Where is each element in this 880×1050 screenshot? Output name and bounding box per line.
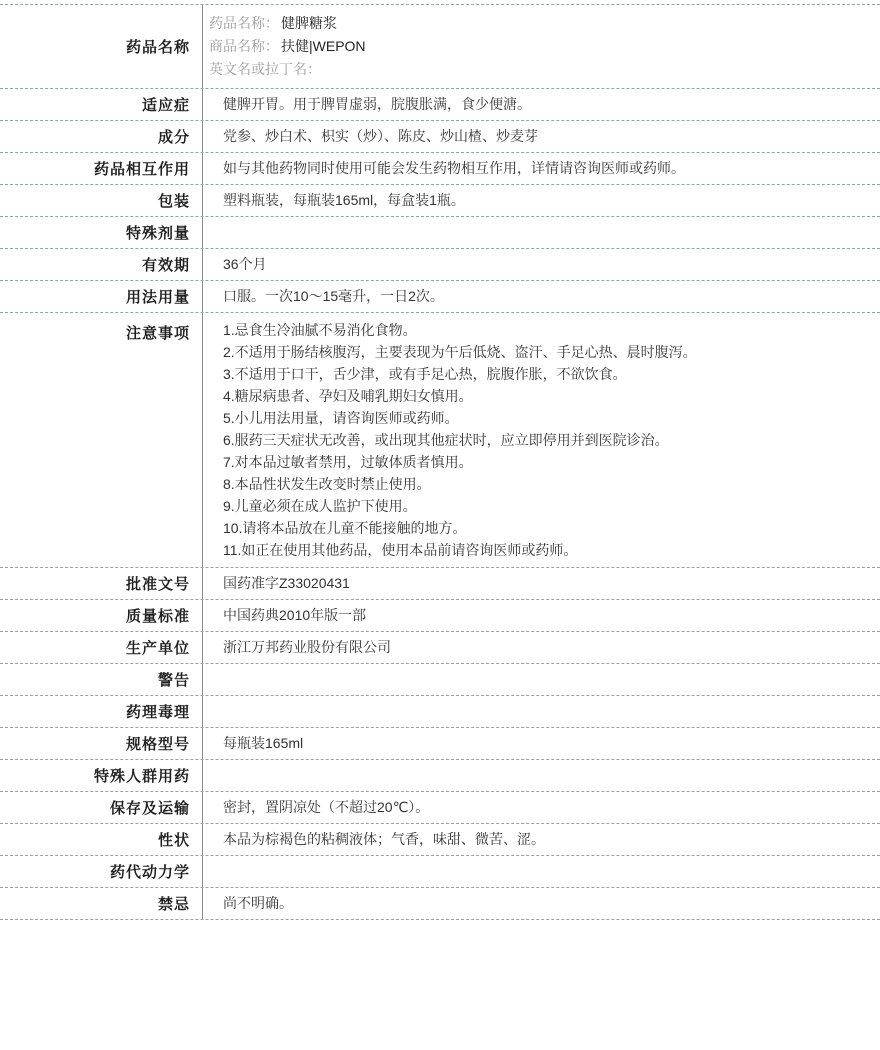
table-row-usage-dosage: 用法用量 口服。一次10～15毫升，一日2次。	[0, 281, 880, 313]
table-row-special-dosage: 特殊剂量	[0, 217, 880, 249]
table-row-packaging: 包装 塑料瓶装，每瓶装165ml，每盒装1瓶。	[0, 185, 880, 217]
table-row-specification: 规格型号 每瓶装165ml	[0, 728, 880, 760]
row-content: 国药准字Z33020431	[202, 568, 880, 599]
table-row-indications: 适应症 健脾开胃。用于脾胃虚弱，脘腹胀满，食少便溏。	[0, 89, 880, 121]
table-row-ingredients: 成分 党参、炒白术、枳实（炒）、陈皮、炒山楂、炒麦芽	[0, 121, 880, 153]
table-row-warning: 警告	[0, 664, 880, 696]
precaution-line: 5.小儿用法用量，请咨询医师或药师。	[223, 407, 868, 429]
row-label: 特殊人群用药	[0, 760, 202, 791]
precaution-line: 1.忌食生冷油腻不易消化食物。	[223, 319, 868, 341]
row-content: 密封，置阴凉处（不超过20℃）。	[202, 792, 880, 823]
trade-name-line: 商品名称：扶健|WEPON	[209, 35, 366, 58]
row-label: 警告	[0, 664, 202, 695]
precaution-line: 4.糖尿病患者、孕妇及哺乳期妇女慎用。	[223, 385, 868, 407]
row-label: 药代动力学	[0, 856, 202, 887]
row-label: 药品名称	[0, 5, 202, 88]
row-label: 药品相互作用	[0, 153, 202, 184]
table-row-special-populations: 特殊人群用药	[0, 760, 880, 792]
row-content	[202, 856, 880, 887]
row-content: 口服。一次10～15毫升，一日2次。	[202, 281, 880, 312]
row-content: 党参、炒白术、枳实（炒）、陈皮、炒山楂、炒麦芽	[202, 121, 880, 152]
row-label: 性状	[0, 824, 202, 855]
drug-info-table: 药品名称 药品名称：健脾糖浆 商品名称：扶健|WEPON 英文名或拉丁名： 适应…	[0, 4, 880, 920]
table-row-description: 性状 本品为棕褐色的粘稠液体；气香，味甜、微苦、涩。	[0, 824, 880, 856]
field-value: 扶健|WEPON	[281, 38, 366, 54]
precaution-line: 8.本品性状发生改变时禁止使用。	[223, 473, 868, 495]
row-content: 尚不明确。	[202, 888, 880, 919]
table-row-manufacturer: 生产单位 浙江万邦药业股份有限公司	[0, 632, 880, 664]
field-value: 健脾糖浆	[281, 15, 337, 31]
precaution-line: 10.请将本品放在儿童不能接触的地方。	[223, 517, 868, 539]
table-row-approval-number: 批准文号 国药准字Z33020431	[0, 568, 880, 600]
row-label: 规格型号	[0, 728, 202, 759]
field-key: 英文名或拉丁名：	[209, 61, 321, 77]
table-row-precautions: 注意事项 1.忌食生冷油腻不易消化食物。 2.不适用于肠结核腹泻，主要表现为午后…	[0, 313, 880, 568]
row-content: 本品为棕褐色的粘稠液体；气香，味甜、微苦、涩。	[202, 824, 880, 855]
english-name-line: 英文名或拉丁名：	[209, 58, 323, 81]
precaution-line: 9.儿童必须在成人监护下使用。	[223, 495, 868, 517]
row-label: 有效期	[0, 249, 202, 280]
table-row-drug-name: 药品名称 药品名称：健脾糖浆 商品名称：扶健|WEPON 英文名或拉丁名：	[0, 5, 880, 89]
row-label: 药理毒理	[0, 696, 202, 727]
row-label: 保存及运输	[0, 792, 202, 823]
precaution-line: 11.如正在使用其他药品，使用本品前请咨询医师或药师。	[223, 539, 868, 561]
row-label: 批准文号	[0, 568, 202, 599]
row-content: 如与其他药物同时使用可能会发生药物相互作用，详情请咨询医师或药师。	[202, 153, 880, 184]
row-label: 禁忌	[0, 888, 202, 919]
row-label: 特殊剂量	[0, 217, 202, 248]
field-key: 药品名称：	[209, 15, 279, 31]
row-label: 适应症	[0, 89, 202, 120]
table-row-pharmacology-toxicology: 药理毒理	[0, 696, 880, 728]
row-content	[202, 696, 880, 727]
row-content	[202, 664, 880, 695]
row-content: 36个月	[202, 249, 880, 280]
row-label: 用法用量	[0, 281, 202, 312]
table-row-shelf-life: 有效期 36个月	[0, 249, 880, 281]
row-label: 生产单位	[0, 632, 202, 663]
field-key: 商品名称：	[209, 38, 279, 54]
table-row-drug-interactions: 药品相互作用 如与其他药物同时使用可能会发生药物相互作用，详情请咨询医师或药师。	[0, 153, 880, 185]
table-row-pharmacokinetics: 药代动力学	[0, 856, 880, 888]
drug-name-line: 药品名称：健脾糖浆	[209, 12, 337, 35]
row-content: 1.忌食生冷油腻不易消化食物。 2.不适用于肠结核腹泻，主要表现为午后低烧、盗汗…	[202, 313, 880, 567]
precaution-line: 6.服药三天症状无改善，或出现其他症状时，应立即停用并到医院诊治。	[223, 429, 868, 451]
row-label: 质量标准	[0, 600, 202, 631]
row-label: 注意事项	[0, 313, 202, 567]
row-content: 塑料瓶装，每瓶装165ml，每盒装1瓶。	[202, 185, 880, 216]
precaution-line: 7.对本品过敏者禁用，过敏体质者慎用。	[223, 451, 868, 473]
row-content: 每瓶装165ml	[202, 728, 880, 759]
row-content: 中国药典2010年版一部	[202, 600, 880, 631]
row-content: 浙江万邦药业股份有限公司	[202, 632, 880, 663]
row-label: 成分	[0, 121, 202, 152]
table-row-quality-standard: 质量标准 中国药典2010年版一部	[0, 600, 880, 632]
row-content	[202, 760, 880, 791]
row-content	[202, 217, 880, 248]
precaution-line: 2.不适用于肠结核腹泻，主要表现为午后低烧、盗汗、手足心热、晨时腹泻。	[223, 341, 868, 363]
row-content: 药品名称：健脾糖浆 商品名称：扶健|WEPON 英文名或拉丁名：	[202, 5, 880, 88]
precaution-line: 3.不适用于口干，舌少津，或有手足心热，脘腹作胀，不欲饮食。	[223, 363, 868, 385]
row-label: 包装	[0, 185, 202, 216]
row-content: 健脾开胃。用于脾胃虚弱，脘腹胀满，食少便溏。	[202, 89, 880, 120]
table-row-storage-transport: 保存及运输 密封，置阴凉处（不超过20℃）。	[0, 792, 880, 824]
table-row-contraindications: 禁忌 尚不明确。	[0, 888, 880, 920]
